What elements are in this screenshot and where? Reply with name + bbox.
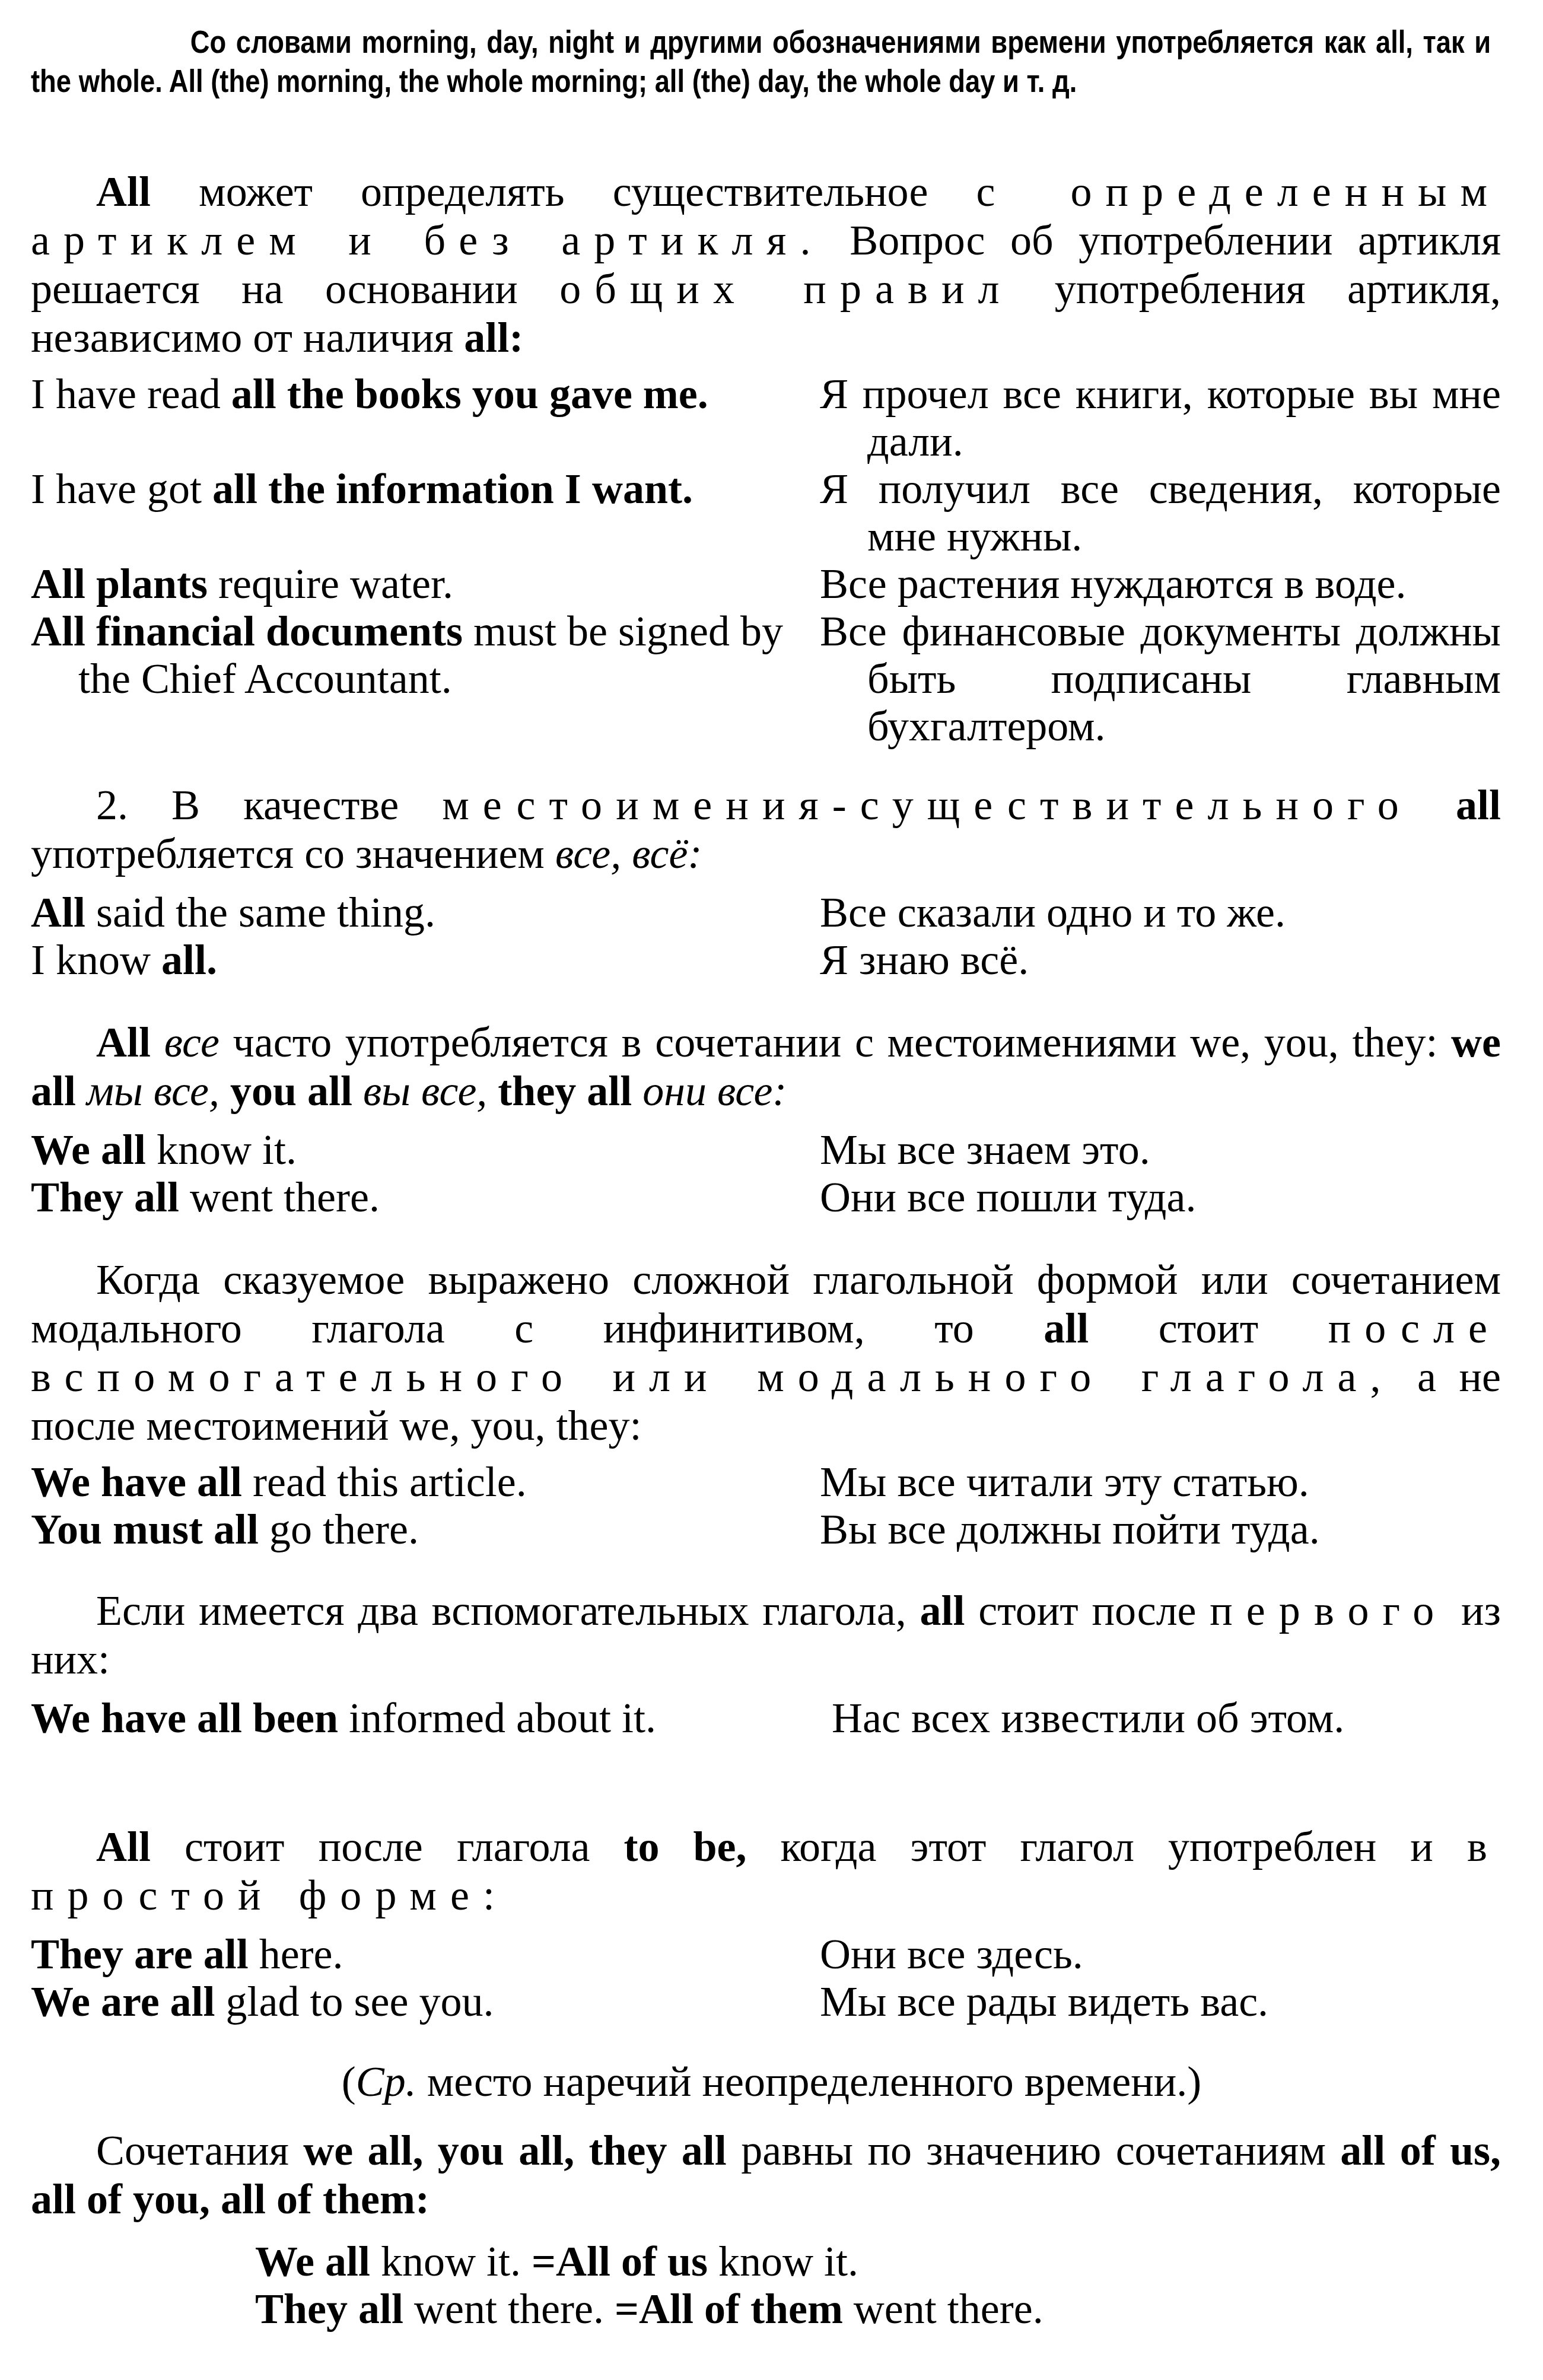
paragraph-text: 2. В качестве [96, 781, 442, 829]
note-term: all, [1376, 24, 1413, 60]
paragraph-two-auxiliaries: Если имеется два вспомогательных глагола… [31, 1586, 1501, 1684]
paragraph-text: когда этот глагол употреблен и [747, 1823, 1467, 1870]
equivalence-row: We all know it. =All of us know it. [255, 2238, 1043, 2285]
note-time-words: Со словами morning, day, night и другими… [31, 23, 1491, 101]
example-text: here. [249, 1930, 343, 1978]
example-bold: All [31, 889, 85, 936]
italic-gloss: все [151, 1019, 219, 1066]
example-russian: Я знаю всё. [820, 936, 1501, 984]
example-russian: Они все пошли туда. [820, 1173, 1501, 1221]
example-bold: They all [31, 1173, 179, 1221]
term-all: All [96, 168, 151, 215]
example-bold: We all [31, 1126, 146, 1173]
term-all: all [920, 1587, 965, 1634]
example-bold: all the books you gave me. [231, 370, 708, 418]
example-russian: Я получил все сведения, которые мне нужн… [820, 465, 1501, 560]
example-russian: Вы все должны пойти туда. [820, 1506, 1501, 1553]
term-all: All [96, 1823, 151, 1870]
example-english: You must all go there. [31, 1506, 820, 1553]
example-row: We all know it. Мы все знаем это. [31, 1126, 1501, 1173]
term-all: all [1043, 1304, 1089, 1352]
cross-reference-note: (Ср. место наречий неопределенного време… [0, 2057, 1543, 2106]
examples-table-compound-verb: We have all read this article. Мы все чи… [31, 1458, 1501, 1553]
italic-gloss: все, всё: [555, 830, 702, 877]
example-bold: They all [255, 2285, 403, 2333]
paragraph-text: стоит после [965, 1587, 1210, 1634]
example-text: informed about it. [338, 1694, 656, 1742]
spaced-emphasis: или [576, 1353, 757, 1401]
example-russian: Мы все рады видеть вас. [820, 1978, 1501, 2025]
note-text: и другими обозначениями времени употребл… [614, 24, 1376, 60]
example-text: I know [31, 936, 161, 984]
example-english: We are all glad to see you. [31, 1978, 820, 2025]
example-row: They all went there. Они все пошли туда. [31, 1173, 1501, 1221]
paragraph-text: ( [342, 2058, 356, 2105]
examples-table-two-auxiliaries: We have all been informed about it. Нас … [31, 1694, 1501, 1742]
italic-abbreviation: Ср. [356, 2058, 416, 2105]
example-text: go there. [259, 1506, 419, 1553]
example-row: You must all go there. Вы все должны пой… [31, 1506, 1501, 1553]
example-bold: We all [255, 2238, 370, 2285]
examples-table-with-pronouns: We all know it. Мы все знаем это. They a… [31, 1126, 1501, 1221]
example-bold: You must all [31, 1506, 259, 1553]
paragraph-to-be: All стоит после глагола to be, когда это… [31, 1822, 1501, 1920]
example-row: We are all glad to see you. Мы все рады … [31, 1978, 1501, 2025]
paragraph-text [1412, 781, 1456, 829]
example-bold: We have all [31, 1458, 242, 1506]
example-english: All plants require water. [31, 560, 820, 607]
example-english: I have got all the information I want. [31, 465, 820, 513]
example-row: We have all been informed about it. Нас … [31, 1694, 1501, 1742]
examples-table-to-be: They are all here. Они все здесь. We are… [31, 1930, 1501, 2025]
example-english: We all know it. [31, 1126, 820, 1173]
textbook-page: Со словами morning, day, night и другими… [0, 0, 1543, 2380]
example-russian: Все растения нуждаются в воде. [820, 560, 1501, 607]
term-bold: you all [230, 1067, 352, 1115]
example-russian: Все сказали одно и то же. [820, 889, 1501, 936]
note-term: the whole [817, 63, 941, 99]
paragraph-text: Если имеется два вспомогательных глагола… [96, 1587, 920, 1634]
example-russian: Я прочел все книги, которые вы мне дали. [820, 370, 1501, 465]
note-term: the whole [399, 63, 523, 99]
example-row: All plants require water. Все растения н… [31, 560, 1501, 607]
example-row: They are all here. Они все здесь. [31, 1930, 1501, 1978]
example-text: went there. [403, 2285, 615, 2333]
example-russian: Они все здесь. [820, 1930, 1501, 1978]
example-bold: all the information I want. [212, 465, 693, 513]
example-english: I have read all the books you gave me. [31, 370, 820, 418]
equivalence-examples: We all know it. =All of us know it. They… [255, 2238, 1043, 2333]
note-text: так и [1413, 24, 1491, 60]
paragraph-text: употребляется со значением [31, 830, 555, 877]
example-english: They are all here. [31, 1930, 820, 1978]
equals-sign: = [615, 2285, 639, 2333]
example-bold: We have all been [31, 1694, 338, 1742]
spaced-emphasis: первого [1210, 1587, 1447, 1634]
example-row: All financial documents must be signed b… [31, 607, 1501, 750]
note-text: day и т. д. [941, 63, 1077, 99]
example-russian: Мы все читали эту статью. [820, 1458, 1501, 1506]
example-row: I have got all the information I want. Я… [31, 465, 1501, 560]
note-text: Со словами [190, 24, 362, 60]
example-text: said the same thing. [85, 889, 435, 936]
term-all: All [96, 1019, 151, 1066]
example-english: They all went there. [31, 1173, 820, 1221]
paragraph-pronoun-noun: 2. В качестве местоимения-существительно… [31, 781, 1501, 878]
equals-sign: = [532, 2238, 556, 2285]
term-bold: we all, you all, they all [303, 2127, 727, 2174]
example-text: know it. [370, 2238, 532, 2285]
note-text: morning; all (the) day, [523, 63, 817, 99]
italic-gloss: мы все, [76, 1067, 230, 1115]
examples-table-pronoun: All said the same thing. Все сказали одн… [31, 889, 1501, 984]
paragraph-text: может определять существительное [151, 168, 976, 215]
example-bold: They are all [31, 1930, 249, 1978]
italic-gloss: вы все, [352, 1067, 498, 1115]
example-english: All financial documents must be signed b… [31, 607, 820, 702]
term-bold: to be, [623, 1823, 746, 1870]
spaced-emphasis: модального глагола, [757, 1353, 1394, 1401]
example-text: know it. [708, 2238, 858, 2285]
note-term: morning, day, night [362, 24, 614, 60]
term-all: all [1456, 781, 1501, 829]
paragraph-text: место наречий неопределенного времени.) [416, 2058, 1202, 2105]
example-bold: All plants [31, 560, 208, 607]
example-english: We have all been informed about it. [31, 1694, 820, 1742]
examples-table-article: I have read all the books you gave me. Я… [31, 370, 1501, 750]
example-text: know it. [146, 1126, 297, 1173]
example-bold: all. [161, 936, 217, 984]
example-row: We have all read this article. Мы все чи… [31, 1458, 1501, 1506]
example-text: went there. [843, 2285, 1043, 2333]
paragraph-article-usage: All может определять существительное с о… [31, 167, 1501, 362]
example-bold: We are all [31, 1978, 215, 2025]
paragraph-text: стоит после глагола [151, 1823, 623, 1870]
term-bold: they all [498, 1067, 632, 1115]
term-all: all: [464, 314, 523, 361]
example-text: I have read [31, 370, 231, 418]
example-russian: Все финансовые документы должны быть под… [820, 607, 1501, 750]
example-row: All said the same thing. Все сказали одн… [31, 889, 1501, 936]
paragraph-compound-verb: Когда сказуемое выражено сложной глаголь… [31, 1255, 1501, 1450]
paragraph-with-pronouns: All все часто употребляется в сочетании … [31, 1018, 1501, 1115]
example-text: glad to see you. [215, 1978, 494, 2025]
paragraph-text: стоит [1089, 1304, 1328, 1352]
example-text: I have got [31, 465, 212, 513]
paragraph-text: равны по значению сочетаниям [727, 2127, 1340, 2174]
example-text: require water. [208, 560, 453, 607]
example-row: I know all. Я знаю всё. [31, 936, 1501, 984]
note-term: the whole. [31, 63, 163, 99]
example-russian: Нас всех известили об этом. [820, 1694, 1501, 1742]
example-english: All said the same thing. [31, 889, 820, 936]
italic-gloss: они все: [632, 1067, 787, 1115]
paragraph-text: часто употребляется в сочетании с местои… [219, 1019, 1451, 1066]
example-russian: Мы все знаем это. [820, 1126, 1501, 1173]
equivalence-row: They all went there. =All of them went t… [255, 2285, 1043, 2333]
paragraph-equivalence: Сочетания we all, you all, they all равн… [31, 2126, 1501, 2223]
example-bold: All financial documents [31, 607, 463, 655]
example-bold: All of us [556, 2238, 708, 2285]
spaced-emphasis: общих правил [559, 265, 1013, 313]
example-english: We have all read this article. [31, 1458, 820, 1506]
spaced-emphasis: местоимения-существительного [442, 781, 1412, 829]
example-text: read this article. [242, 1458, 527, 1506]
note-text: All (the) morning, [163, 63, 399, 99]
example-english: I know all. [31, 936, 820, 984]
example-bold: All of them [639, 2285, 843, 2333]
paragraph-text: Сочетания [96, 2127, 303, 2174]
example-text: went there. [179, 1173, 380, 1221]
example-row: I have read all the books you gave me. Я… [31, 370, 1501, 465]
